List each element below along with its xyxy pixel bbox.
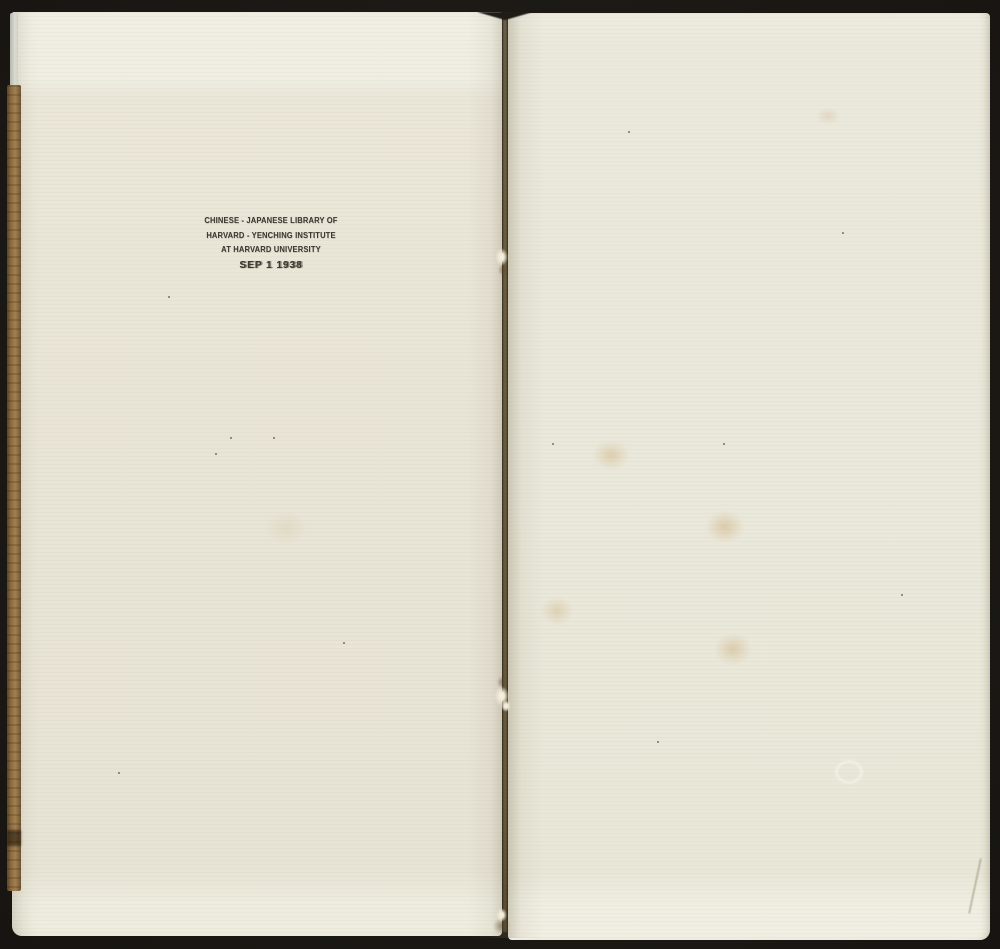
stamp-line-2: HARVARD - YENCHING INSTITUTE [202,229,339,244]
right-page [508,13,990,940]
paper-speck [168,296,170,298]
spine-wear-mark [7,830,21,846]
paper-speck [273,437,275,439]
paper-speck [343,642,345,644]
page-edge-sliver [10,13,18,86]
gutter-fold-line [503,16,507,932]
paper-speck [118,772,120,774]
stamp-line-1: CHINESE - JAPANESE LIBRARY OF [202,214,339,229]
paper-speck [723,443,725,445]
library-stamp: CHINESE - JAPANESE LIBRARY OF HARVARD - … [198,214,344,271]
left-page: CHINESE - JAPANESE LIBRARY OF HARVARD - … [12,12,502,936]
stamp-date: SEP 1 1938 [201,259,341,271]
paper-speck [552,443,554,445]
gutter-top-notch [477,12,533,20]
paper-speck [215,453,217,455]
paper-speck [628,131,630,133]
paper-speck [657,741,659,743]
paper-speck [842,232,844,234]
book-scan: CHINESE - JAPANESE LIBRARY OF HARVARD - … [0,0,1000,949]
book-spine-edge [7,85,21,891]
paper-speck [230,437,232,439]
paper-speck [901,594,903,596]
stamp-line-3: AT HARVARD UNIVERSITY [202,243,339,258]
